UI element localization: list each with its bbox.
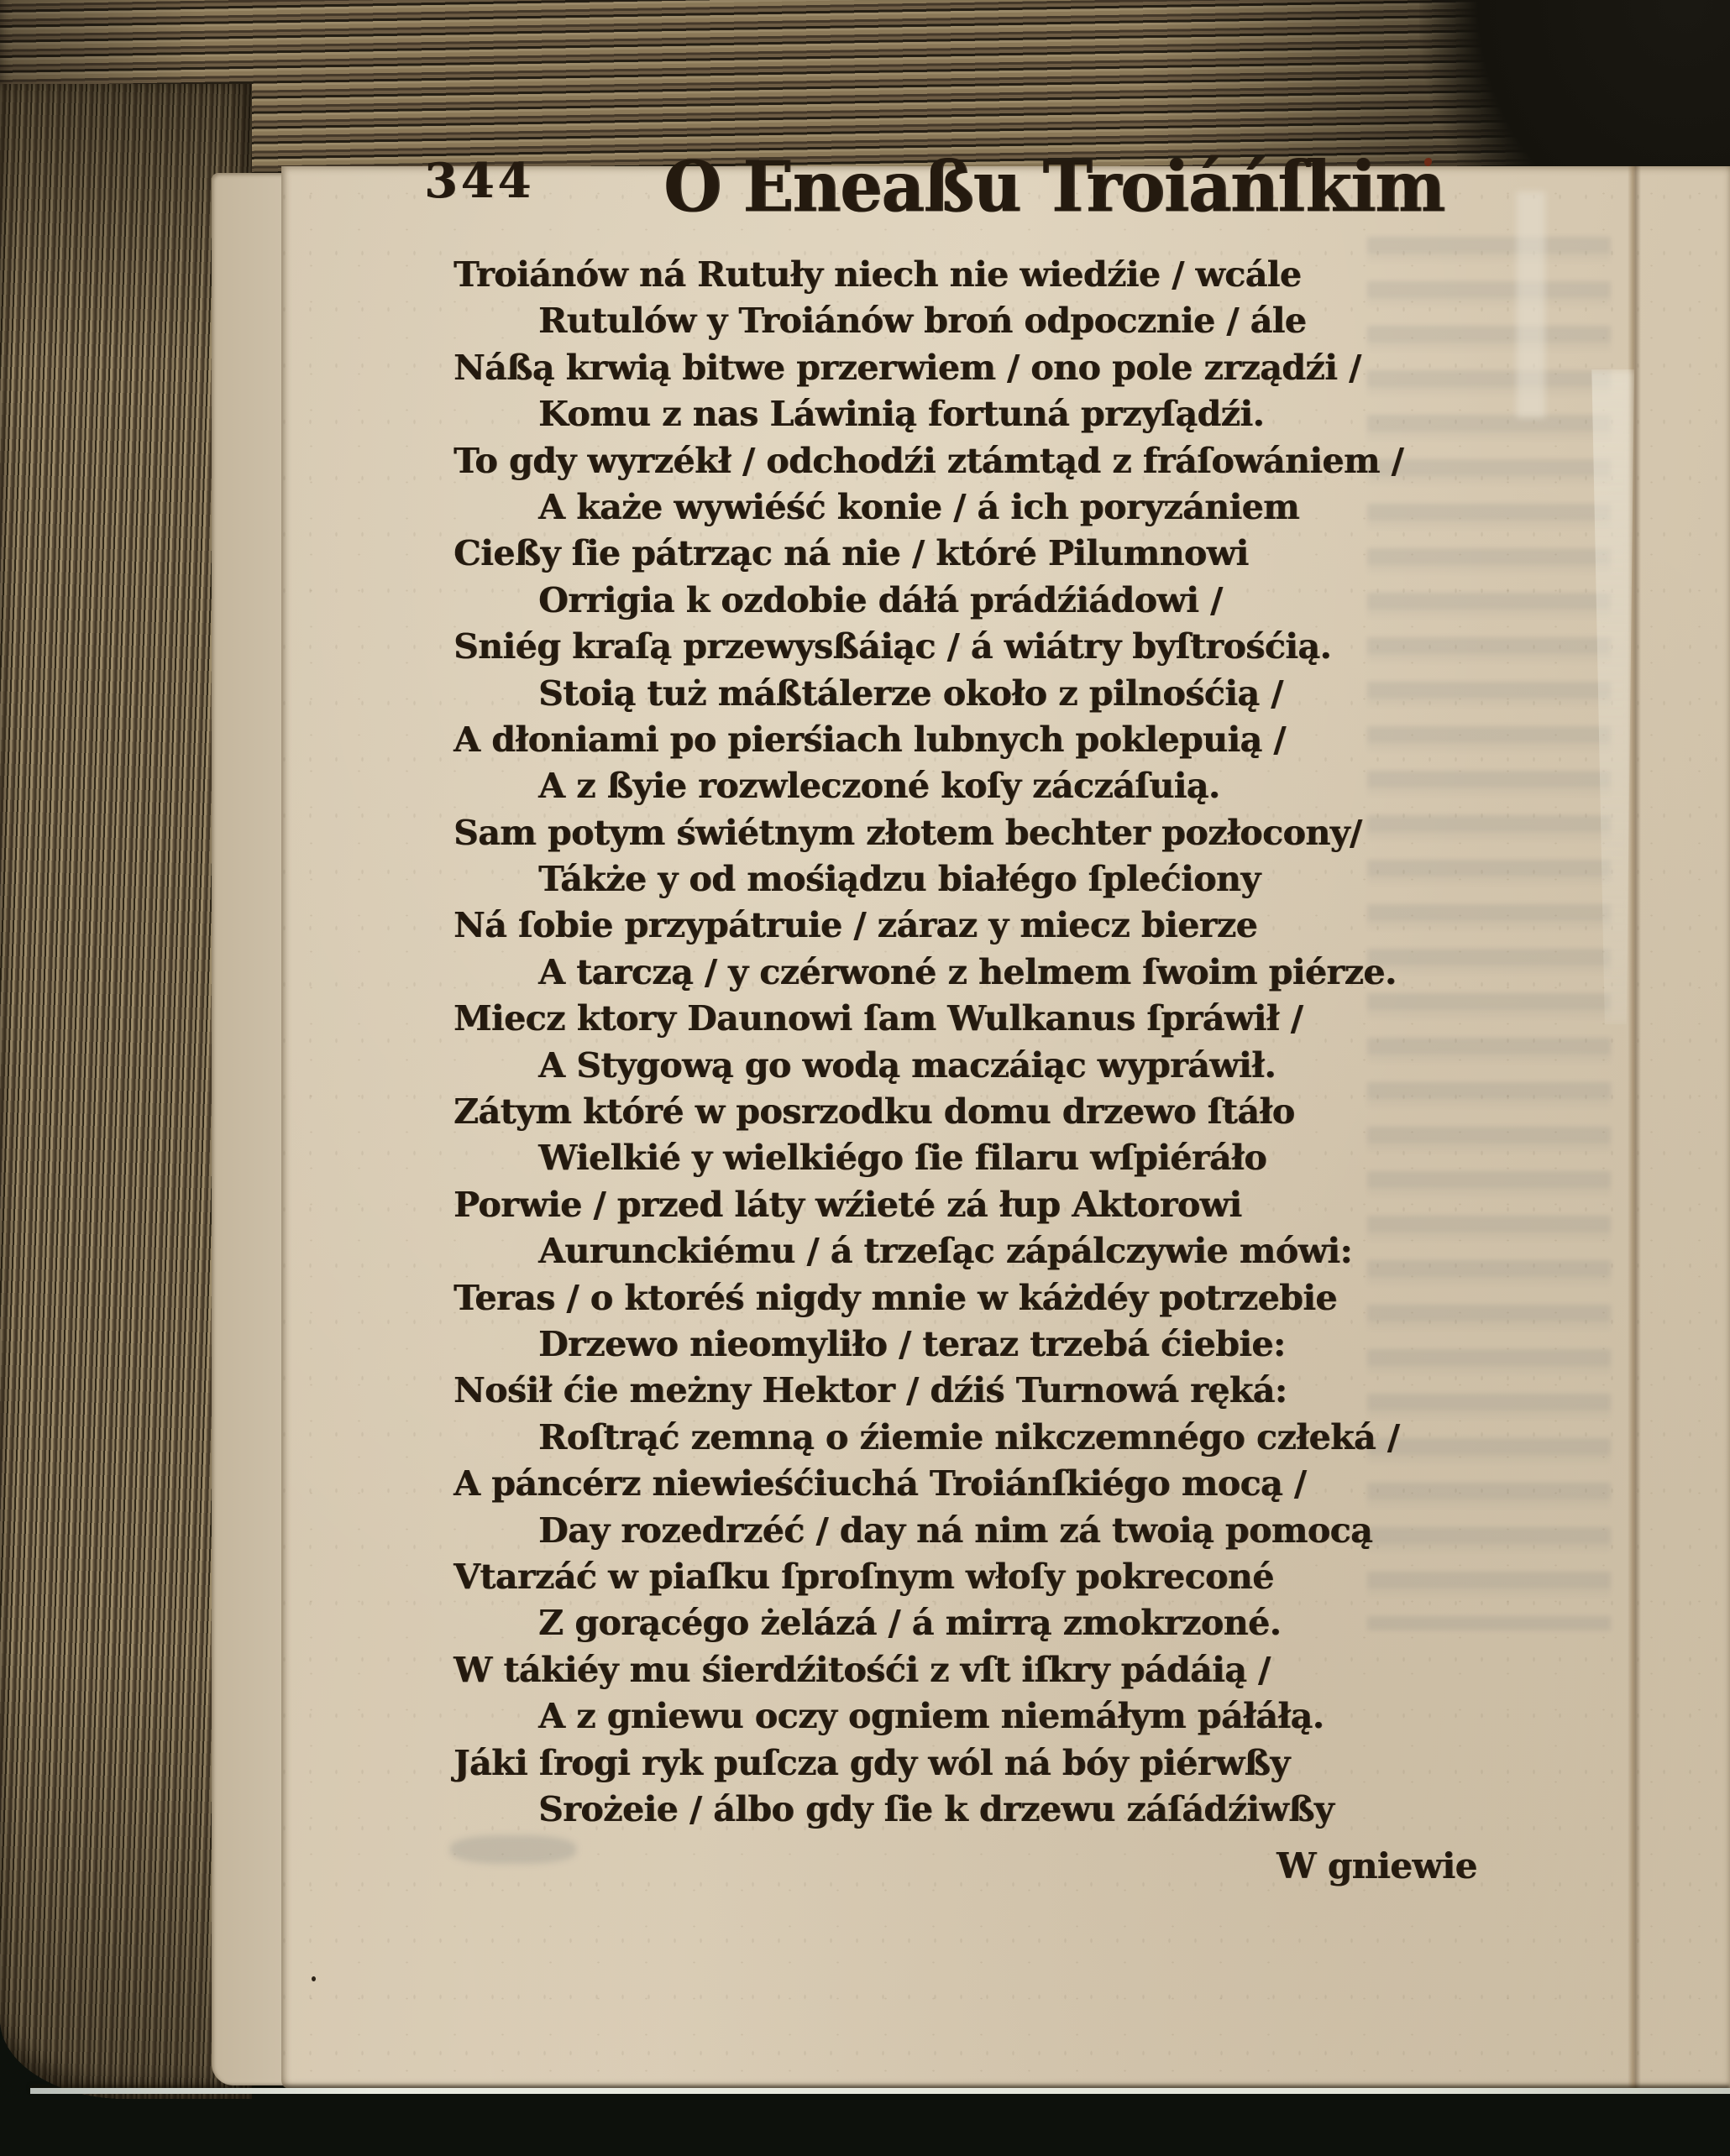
poem-line: Vtarzáć w piaſku ſproſnym włoſy pokrecon… bbox=[453, 1554, 1545, 1600]
bottom-scan-edge-line bbox=[30, 2088, 1730, 2094]
poem-line: Orrigia k ozdobie dáłá prádźiádowi / bbox=[453, 578, 1545, 624]
poem-line: Teras / o ktoréś nigdy mnie w káżdéy pot… bbox=[453, 1275, 1545, 1321]
poem-line: Roſtrąć zemną o źiemie nikczemnégo człek… bbox=[453, 1415, 1545, 1461]
bleed-through-smudge bbox=[450, 1835, 576, 1864]
poem-line: Tákże y od mośiądzu białégo ſplećiony bbox=[453, 856, 1545, 903]
poem-line: To gdy wyrzékł / odchodźi ztámtąd z fráſ… bbox=[453, 438, 1545, 484]
book-scan: 344 O Eneaßu Troiáńſkim Troiánów ná Rutu… bbox=[0, 0, 1730, 2156]
page-number: 344 bbox=[424, 153, 534, 209]
poem-line: A każe wywiéść konie / á ich poryzániem bbox=[453, 484, 1545, 531]
poem-text: Troiánów ná Rutuły niech nie wiedźie / w… bbox=[453, 252, 1545, 1833]
poem-line: Drzewo nieomyliło / teraz trzebá ćiebie: bbox=[453, 1321, 1545, 1368]
catchword: W gniewie bbox=[1277, 1845, 1477, 1886]
poem-line: Ná ſobie przypátruie / záraz y miecz bie… bbox=[453, 903, 1545, 949]
poem-line: Z gorącégo żelázá / á mirrą zmokrzoné. bbox=[453, 1600, 1545, 1646]
poem-line: Wielkié y wielkiégo ſie filaru wſpiéráło bbox=[453, 1135, 1545, 1181]
running-header: O Eneaßu Troiáńſkim bbox=[663, 145, 1444, 228]
poem-line: A Stygową go wodą maczáiąc wypráwił. bbox=[453, 1043, 1545, 1089]
poem-line: Porwie / przed láty wźieté zá łup Aktoro… bbox=[453, 1182, 1545, 1228]
poem-line: Day rozedrzéć / day ná nim zá twoią pomo… bbox=[453, 1508, 1545, 1554]
poem-line: Stoią tuż máßtálerze około z pilnośćią / bbox=[453, 671, 1545, 717]
poem-line: Aurunckiému / á trzeſąc zápálczywie mówi… bbox=[453, 1228, 1545, 1274]
poem-line: Nośił ćie meżny Hektor / dźiś Turnowá rę… bbox=[453, 1368, 1545, 1414]
poem-line: Rutulów y Troiánów broń odpocznie / ále bbox=[453, 298, 1545, 344]
poem-line: Cießy ſie pátrząc ná nie / któré Pilumno… bbox=[453, 531, 1545, 577]
poem-line: Sniég kraſą przewysßáiąc / á wiátry byſt… bbox=[453, 624, 1545, 670]
poem-line: Zátym któré w posrzodku domu drzewo ſtáł… bbox=[453, 1089, 1545, 1135]
poem-line: A dłoniami po pierśiach lubnych poklepui… bbox=[453, 717, 1545, 763]
poem-line: Náßą krwią bitwe przerwiem / ono pole zr… bbox=[453, 345, 1545, 391]
poem-line: A z ßyie rozwleczoné koſy záczáſuią. bbox=[453, 763, 1545, 809]
poem-line: Jáki ſrogi ryk puſcza gdy wól ná bóy pié… bbox=[453, 1740, 1545, 1787]
poem-line: Sam potym świétnym złotem bechter pozłoc… bbox=[453, 810, 1545, 856]
poem-line: Troiánów ná Rutuły niech nie wiedźie / w… bbox=[453, 252, 1545, 298]
poem-line: W tákiéy mu śierdźitośći z vſt iſkry pád… bbox=[453, 1647, 1545, 1693]
poem-line: A z gniewu oczy ogniem niemáłym páłáłą. bbox=[453, 1693, 1545, 1740]
poem-line: Miecz ktory Daunowi ſam Wulkanus ſpráwił… bbox=[453, 996, 1545, 1042]
dark-speck bbox=[312, 1976, 316, 1981]
poem-line: A tarczą / y czérwoné z helmem ſwoim pié… bbox=[453, 950, 1545, 996]
poem-line: Srożeie / álbo gdy ſie k drzewu záſádźiw… bbox=[453, 1787, 1545, 1833]
poem-line: A páncérz niewieśćiuchá Troiánſkiégo moc… bbox=[453, 1461, 1545, 1507]
poem-line: Komu z nas Láwinią fortuná przyſądźi. bbox=[453, 391, 1545, 437]
